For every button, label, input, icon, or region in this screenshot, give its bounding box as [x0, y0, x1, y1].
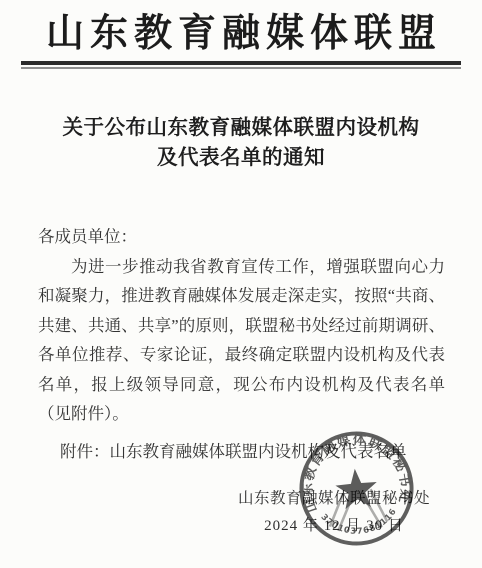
- scanned-notice-document: 山东教育融媒体联盟 关于公布山东教育融媒体联盟内设机构 及代表名单的通知 各成员…: [0, 0, 482, 568]
- masthead-divider: [21, 61, 461, 69]
- star-icon: [334, 467, 379, 510]
- official-seal-graphic: 山东教育融媒体联盟秘书处 3701037681116: [292, 424, 421, 553]
- org-name-title: 山东教育融媒体联盟: [40, 12, 442, 57]
- masthead: 山东教育融媒体联盟: [0, 0, 482, 69]
- salutation: 各成员单位：: [38, 222, 445, 252]
- body-paragraph: 为进一步推动我省教育宣传工作，增强联盟向心力和凝聚力，推进教育融媒体发展走深走实…: [38, 252, 445, 429]
- notice-title-line1: 关于公布山东教育融媒体联盟内设机构: [0, 113, 482, 143]
- notice-title: 关于公布山东教育融媒体联盟内设机构 及代表名单的通知: [0, 113, 482, 173]
- notice-title-line2: 及代表名单的通知: [0, 143, 482, 173]
- official-seal: 山东教育融媒体联盟秘书处 3701037681116: [292, 424, 421, 553]
